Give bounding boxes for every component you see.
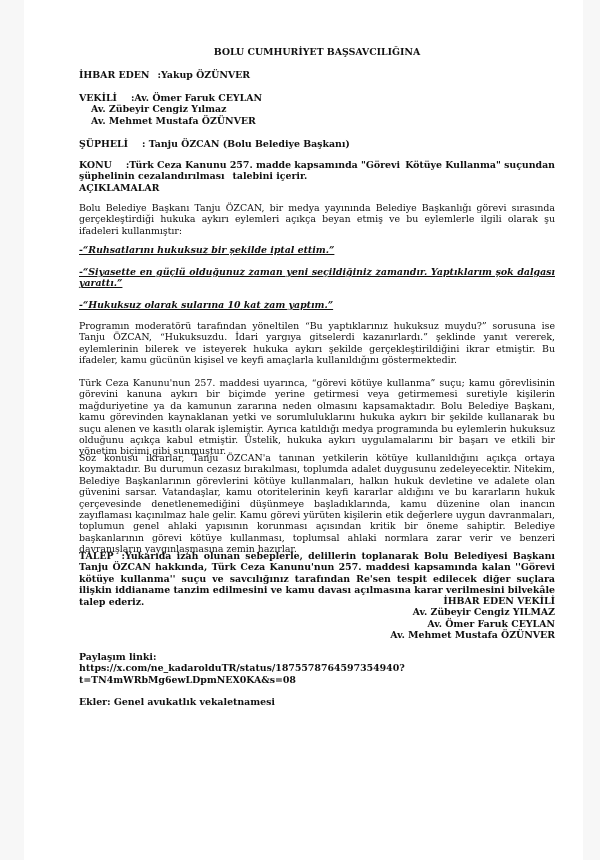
paragraph-1: Programın moderatörü tarafından yöneltil… [79, 321, 555, 367]
suspect-label: ŞÜPHELİ [79, 139, 128, 150]
complainant-value: :Yakup ÖZÜNVER [158, 70, 251, 81]
share-block: Paylaşım linki: https://x.com/ne_kadarol… [79, 652, 555, 686]
attorney-2: Av. Zübeyir Cengiz Yılmaz [79, 104, 555, 115]
quote-2: -“Siyasette en güçlü olduğunuz zaman yen… [79, 267, 555, 290]
suspect-value: : Tanju ÖZCAN (Bolu Belediye Başkanı) [142, 139, 350, 150]
attorney-1: :Av. Ömer Faruk CEYLAN [131, 93, 262, 104]
signature-name-3: Av. Mehmet Mustafa ÖZÜNVER [79, 630, 555, 641]
quote-1: -“Ruhsatlarını hukuksuz bir şekilde ipta… [79, 245, 555, 256]
attorney-3: Av. Mehmet Mustafa ÖZÜNVER [79, 116, 555, 127]
signature-name-2: Av. Ömer Faruk CEYLAN [79, 619, 555, 630]
paragraph-3: Söz konusu ikrarlar, Tanju ÖZCAN'a tanın… [79, 453, 555, 556]
signature-name-1: Av. Zübeyir Cengiz YILMAZ [79, 607, 555, 618]
subject-line2-part1: şüphelinin cezalandırılması [79, 171, 225, 182]
subject-value-part1: :Türk Ceza Kanunu 257. madde kapsamında … [126, 160, 400, 171]
subject-block: KONU:Türk Ceza Kanunu 257. madde kapsamı… [79, 160, 555, 194]
request-label: TALEP [79, 551, 114, 562]
complainant-line: İHBAR EDEN:Yakup ÖZÜNVER [79, 70, 555, 81]
paragraph-2: Türk Ceza Kanunu'nun 257. maddesi uyarın… [79, 378, 555, 458]
attorneys-label: VEKİLİ [79, 93, 117, 104]
attachments-line: Ekler: Genel avukatlık vekaletnamesi [79, 697, 555, 708]
intro-paragraph: Bolu Belediye Başkanı Tanju ÖZCAN, bir m… [79, 203, 555, 237]
suspect-line: ŞÜPHELİ: Tanju ÖZCAN (Bolu Belediye Başk… [79, 139, 555, 150]
share-link[interactable]: https://x.com/ne_kadarolduTR/status/1875… [79, 663, 555, 686]
share-url-line-1[interactable]: https://x.com/ne_kadarolduTR/status/1875… [79, 663, 555, 674]
document-page: BOLU CUMHURİYET BAŞSAVCILIĞINA İHBAR EDE… [24, 0, 583, 860]
share-url-line-2[interactable]: t=TN4mWRbMg6ewLDpmNEX0KA&s=08 [79, 675, 555, 686]
signature-heading: İHBAR EDEN VEKİLİ [79, 596, 555, 607]
signature-block: İHBAR EDEN VEKİLİ Av. Zübeyir Cengiz YIL… [79, 596, 555, 642]
explanations-heading: AÇIKLAMALAR [79, 183, 555, 194]
share-label: Paylaşım linki: [79, 652, 555, 663]
subject-line2-part2: talebini içerir. [233, 171, 308, 182]
quote-3: -“Hukuksuz olarak sularına 10 kat zam ya… [79, 300, 555, 311]
document-title: BOLU CUMHURİYET BAŞSAVCILIĞINA [79, 47, 555, 58]
subject-value-part2: Kötüye Kullanma" suçundan [405, 160, 555, 171]
subject-label: KONU [79, 160, 112, 171]
attorneys-block: VEKİLİ:Av. Ömer Faruk CEYLAN Av. Zübeyir… [79, 93, 555, 127]
complainant-label: İHBAR EDEN [79, 70, 150, 81]
